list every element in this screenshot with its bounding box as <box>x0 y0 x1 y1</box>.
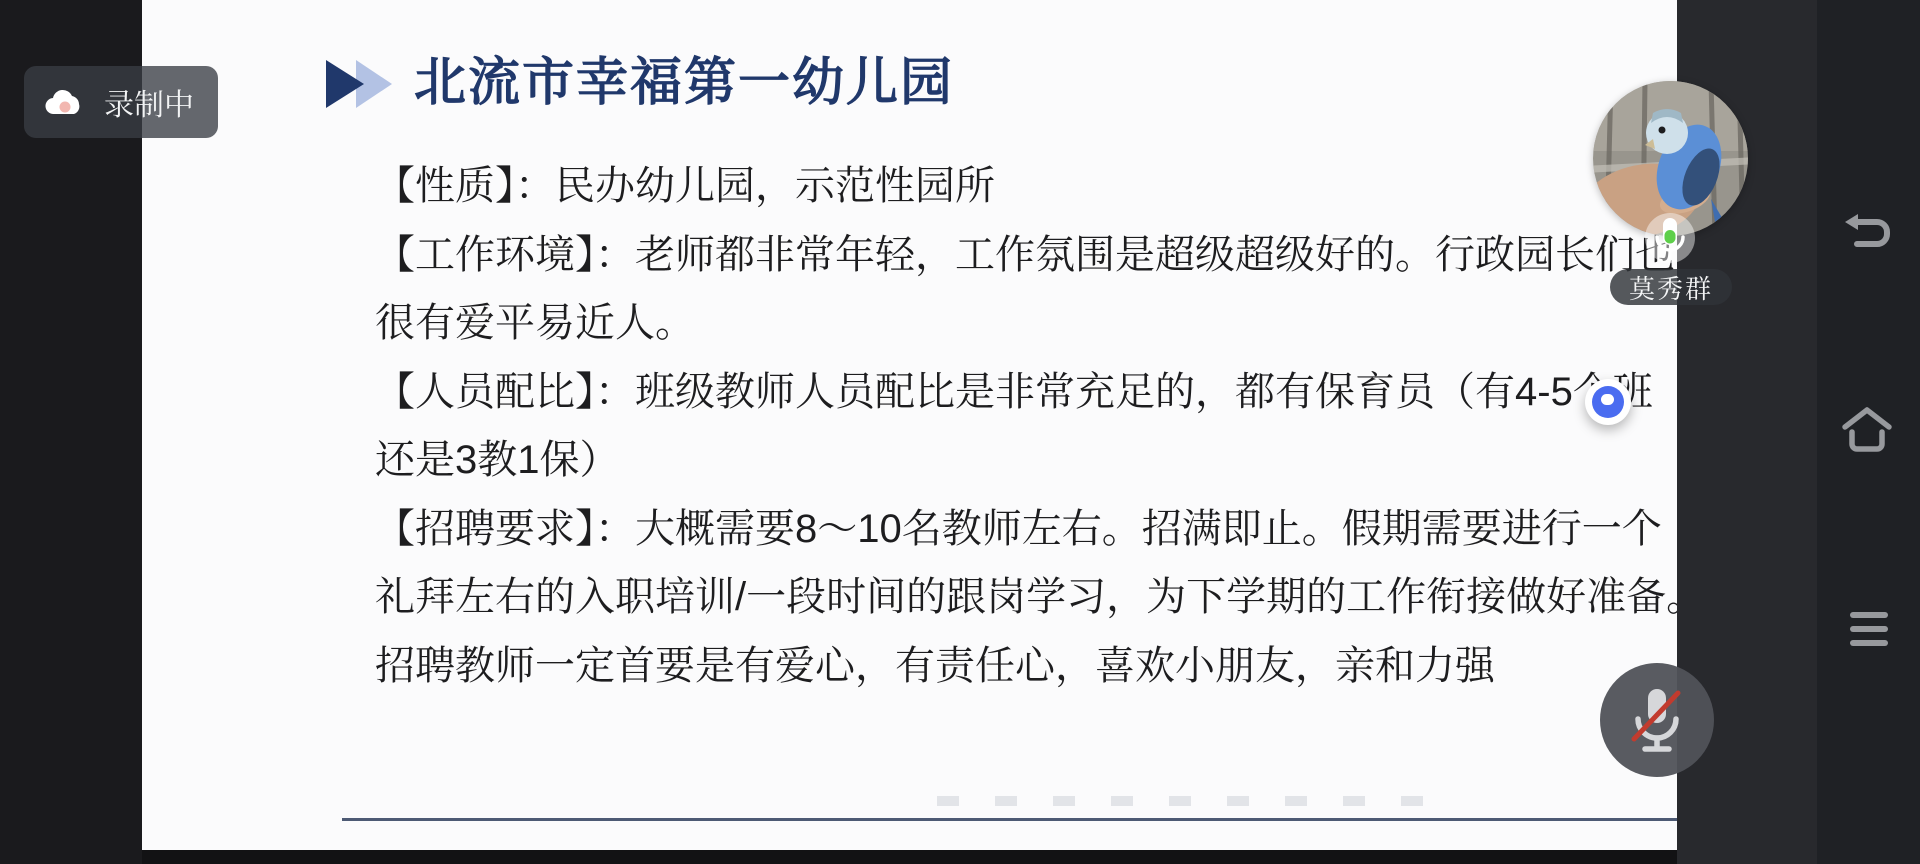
body-line: 【性质】：民办幼儿园，示范性园所 <box>375 152 1705 221</box>
recording-label: 录制中 <box>104 80 194 124</box>
body-line: 【人员配比】：班级教师人员配比是非常充足的，都有保育员（有4-5个班 <box>375 358 1705 427</box>
body-line: 招聘教师一定首要是有爱心，有责任心，喜欢小朋友，亲和力强 <box>375 632 1705 701</box>
body-line: 【招聘要求】：大概需要8～10名教师左右。招满即止。假期需要进行一个 <box>375 495 1705 564</box>
recording-badge[interactable]: 录制中 <box>24 66 218 138</box>
slide-footer-line <box>342 818 1690 821</box>
bottom-letterbox-strip <box>142 850 1677 864</box>
title-arrow-accent-dark <box>326 60 364 108</box>
slide-title: 北流市幸福第一幼儿园 <box>414 40 954 115</box>
screen: 北流市幸福第一幼儿园 【性质】：民办幼儿园，示范性园所 【工作环境】：老师都非常… <box>0 0 1920 864</box>
body-line: 还是3教1保） <box>375 426 1705 495</box>
mic-active-icon <box>1644 212 1696 264</box>
body-line: 礼拜左右的入职培训/一段时间的跟岗学习，为下学期的工作衔接做好准备。 <box>375 563 1705 632</box>
participant-name-badge: 莫秀群 <box>1610 269 1732 305</box>
muted-mic-icon <box>1618 681 1696 759</box>
menu-icon <box>1850 610 1888 648</box>
nav-recents-button[interactable] <box>1850 610 1888 651</box>
cloud-recording-icon <box>44 86 88 118</box>
body-line: 【工作环境】：老师都非常年轻，工作氛围是超级超级好的。行政园长们也 <box>375 221 1705 290</box>
mute-mic-button[interactable] <box>1600 663 1714 777</box>
participant-name: 莫秀群 <box>1629 269 1713 306</box>
home-icon <box>1838 405 1896 455</box>
assistive-ball-icon <box>1592 386 1624 418</box>
back-icon <box>1842 210 1892 256</box>
floating-assistive-ball[interactable] <box>1585 379 1631 425</box>
nav-home-button[interactable] <box>1838 405 1896 458</box>
body-line: 很有爱平易近人。 <box>375 289 1705 358</box>
nav-back-button[interactable] <box>1842 210 1892 259</box>
faint-watermark-dashes <box>937 796 1457 806</box>
slide-body: 【性质】：民办幼儿园，示范性园所 【工作环境】：老师都非常年轻，工作氛围是超级超… <box>375 152 1705 700</box>
shared-slide-canvas: 北流市幸福第一幼儿园 【性质】：民办幼儿园，示范性园所 【工作环境】：老师都非常… <box>142 0 1677 850</box>
